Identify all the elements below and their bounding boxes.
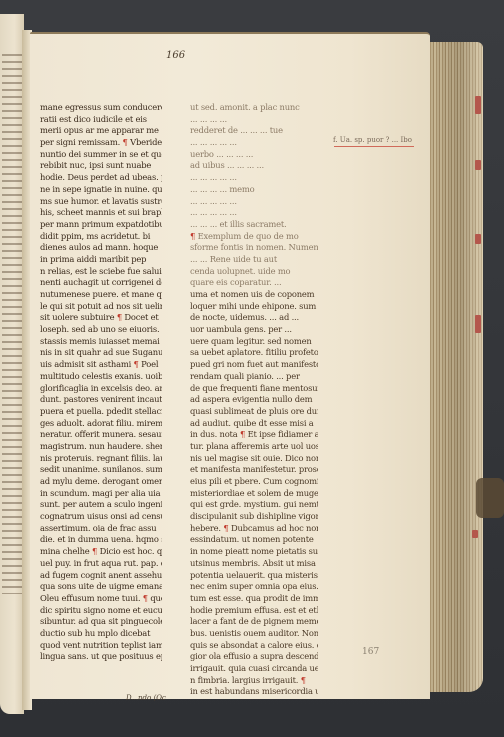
text-line: sibuntur. ad qua sit pinguecole xyxy=(40,616,162,628)
paragraph-mark: ¶ xyxy=(190,231,195,241)
text-line: ad aspera evigentia nullo dem xyxy=(190,394,318,406)
text-line: assertimum. oia de frac assu xyxy=(40,523,162,535)
paragraph-mark: ¶ xyxy=(134,359,139,369)
text-line: de que frequenti fiane mentosum xyxy=(190,383,318,395)
paragraph-mark: ¶ xyxy=(92,546,97,556)
text-line: qui est grde. mystium. gui nemt xyxy=(190,499,318,511)
page-tab-marker xyxy=(472,530,478,538)
text-line: nis uel magise sit ouie. Dico nome xyxy=(190,453,318,465)
bottom-signature: D...ndo (Oc xyxy=(126,694,166,702)
text-line: eius pili et pbere. Cum cognomin xyxy=(190,476,318,488)
text-line: didit ppim, ms acridetut. bi xyxy=(40,231,162,243)
text-line: sforme fontis in nomen. Numen xyxy=(190,242,318,254)
text-line: mina chelhe ¶ Dicio est hoc. qui xyxy=(40,546,162,558)
text-line: mane egressus sum conducere ope xyxy=(40,102,162,114)
left-page-text-lines xyxy=(2,54,22,594)
text-line: cognatrum uisus onsi ad censum xyxy=(40,511,162,523)
text-line: nec enim super omnia opa eius. Cer xyxy=(190,581,318,593)
text-line: ... ... ... ... memo xyxy=(190,184,318,196)
text-line: dic spiritu signo nome et eucuo xyxy=(40,605,162,617)
text-line: quod vent nutrition teplist iam de xyxy=(40,640,162,652)
text-line: magistrum. nun haudere. sheropli xyxy=(40,441,162,453)
paragraph-mark: ¶ xyxy=(143,593,148,603)
text-line: ms sue humor. et lavatis sustro xyxy=(40,196,162,208)
text-line: in dus. nota ¶ Et ipse fidiamer apo xyxy=(190,429,318,441)
page-tab-marker xyxy=(475,315,481,333)
text-line: hodie premium effusa. est et eth desid xyxy=(190,605,318,617)
text-line: ut sed. amonit. a plac nunc xyxy=(190,102,318,114)
text-line: gior ola effusio a supra descendit xyxy=(190,651,318,663)
text-line: tur. plana afferemis arte uol uos xyxy=(190,441,318,453)
text-line: le qui sit potuit ad nos sit uelire. xyxy=(40,301,162,313)
text-line: ad mylu deme. derogant omen xyxy=(40,476,162,488)
text-line: ad audiut. quibe dt esse misi a xyxy=(190,418,318,430)
text-line: ges aduolt. adorat filiu. mirem de xyxy=(40,418,162,430)
left-text-column: mane egressus sum conducere operatii est… xyxy=(40,102,162,663)
text-line: nenti auchagit ut corrigenei della xyxy=(40,277,162,289)
text-line: uel puy. in frut aqua rut. pap. qui xyxy=(40,558,162,570)
text-line: puera et puella. pdedit stellacre xyxy=(40,406,162,418)
text-line: ... ... ... ... ... xyxy=(190,172,318,184)
text-line: dienes aulos ad mann. hoque xyxy=(40,242,162,254)
text-line: ¶ Exemplum de quo de mo xyxy=(190,231,318,243)
clasp-fragment xyxy=(476,478,504,518)
text-line: die. et in dumma uena. hqmo sisi xyxy=(40,534,162,546)
text-line: sunt. per autem a sculo ingenio xyxy=(40,499,162,511)
text-line: uerbo ... ... ... ... xyxy=(190,149,318,161)
paragraph-mark: ¶ xyxy=(240,429,245,439)
text-line: in est habundans misericordia ut ne xyxy=(190,686,318,698)
page-tab-marker xyxy=(475,234,481,244)
text-line: n fimbria. largius irrigauit. ¶ xyxy=(190,675,318,687)
text-line: per signi remissam. ¶ Vberidem xyxy=(40,137,162,149)
page-tab-marker xyxy=(475,96,481,114)
text-line: uor uambula gens. per ... xyxy=(190,324,318,336)
text-line: his, scheet mannis et sui braphosia xyxy=(40,207,162,219)
text-line: hebere. ¶ Dubcamus ad hoc nomi xyxy=(190,523,318,535)
text-line: utsinus membris. Absit ut misa in xyxy=(190,558,318,570)
paragraph-mark: ¶ xyxy=(117,312,122,322)
text-line: et manifesta manifestetur. proseb xyxy=(190,464,318,476)
text-line: lingua sans. ut que posituus episu xyxy=(40,651,162,663)
text-line: rebibit nuc, ipsi sunt nuabe xyxy=(40,160,162,172)
text-line: in scundum. magi per alia uia bers xyxy=(40,488,162,500)
text-line: Oleu effusum nome tuui. ¶ quod fat xyxy=(40,593,162,605)
text-line: tum est esse. qua prodit de immane xyxy=(190,593,318,605)
text-line: loseph. sed ab uno se eiuoris. et xyxy=(40,324,162,336)
left-facing-page xyxy=(0,14,24,714)
text-line: ... ... ... ... ... xyxy=(190,137,318,149)
text-line: sit uolere subtuire ¶ Docet et xyxy=(40,312,162,324)
text-line: ratii est dico iudicile et eis xyxy=(40,114,162,126)
text-line: neratur. offerit munera. sesaunt xyxy=(40,429,162,441)
text-line: merii opus ar me apparar me xyxy=(40,125,162,137)
text-line: ... ... ... ... ... xyxy=(190,196,318,208)
text-line: quasi sublimeat de pluis ore dumis xyxy=(190,406,318,418)
paragraph-mark: ¶ xyxy=(223,523,228,533)
text-line: essindatum. ut nomen potente xyxy=(190,534,318,546)
text-line: dunt. pastores venirent incauti xyxy=(40,394,162,406)
paragraph-mark: ¶ xyxy=(123,137,128,147)
text-line: multitudo celestis exanis. uoibi xyxy=(40,371,162,383)
margin-note-underline xyxy=(334,146,414,147)
text-line: quis se absondat a calore eius. qua lar xyxy=(190,640,318,652)
folio-number-top: 166 xyxy=(166,50,185,61)
text-line: ad uibus ... ... ... ... xyxy=(190,160,318,172)
text-line: redderet de ... ... ... tue xyxy=(190,125,318,137)
text-line: qua sons uite de uigme emanat xyxy=(40,581,162,593)
text-line: in prima aiddi maribit pep xyxy=(40,254,162,266)
text-line: in nome pieatt nome pietatis sua xyxy=(190,546,318,558)
text-line: ... ... ... et illis sacramet. xyxy=(190,219,318,231)
text-line: de nocte, uidemus. ... ad ... xyxy=(190,312,318,324)
text-line: ... ... ... ... ... xyxy=(190,207,318,219)
text-line: ne in sepe ignatie in nuine. qu xyxy=(40,184,162,196)
text-line: nuntio dei summer in se et que xyxy=(40,149,162,161)
text-line: rendam quali pianio. ... per xyxy=(190,371,318,383)
text-line: ... ... Rene uide tu aut xyxy=(190,254,318,266)
text-line: nis in sit quahr ad sue Suganus xyxy=(40,347,162,359)
text-line: irrigauit. quia cuasi circanda uelum xyxy=(190,663,318,675)
text-line: discipulanit sub dishipline vigore xyxy=(190,511,318,523)
text-line: bus. uenistis ouem auditor. Non est xyxy=(190,628,318,640)
margin-note: f. Ua. sp. puor ? ... Ibo xyxy=(333,136,412,144)
text-line: quare eis coparatur. ... xyxy=(190,277,318,289)
right-text-column: ut sed. amonit. a plac nunc... ... ... .… xyxy=(190,102,318,698)
text-line: hodie. Deus perdet ad ubeas. pa xyxy=(40,172,162,184)
text-line: uere quam legitur. sed nomen xyxy=(190,336,318,348)
text-line: stassis memis iuiasset memai sa xyxy=(40,336,162,348)
text-line: n relias, est le sciebe fue salui xyxy=(40,266,162,278)
text-line: misteriordiae et solem de mugerem xyxy=(190,488,318,500)
folio-number-bottom: 167 xyxy=(362,647,379,657)
text-line: cenda uolupnet. uide mo xyxy=(190,266,318,278)
text-line: ad fugem cognit anent assehunt isi xyxy=(40,570,162,582)
fore-edge-stack xyxy=(425,42,483,692)
text-line: pued gri nom fuet aut manifesto xyxy=(190,359,318,371)
text-line: potentia uelauerit. qua misteris xyxy=(190,570,318,582)
text-line: ... ... ... ... xyxy=(190,114,318,126)
text-line: sedit unanime. sunilanos. sumilagu xyxy=(40,464,162,476)
page-tab-marker xyxy=(475,160,481,170)
text-line: sa uebet aplatore. fitiliu profeto xyxy=(190,347,318,359)
text-line: per mann primum expatdotibus xyxy=(40,219,162,231)
text-line: ductio sub hu mplo dicebat xyxy=(40,628,162,640)
text-line: glorificaglia in excelsis deo. an xyxy=(40,383,162,395)
text-line: uis admisit sit asthami ¶ Poel xyxy=(40,359,162,371)
text-line: uma et nomen uis de coponem xyxy=(190,289,318,301)
text-line: nis proteruis. regnant filiis. lauit p xyxy=(40,453,162,465)
paragraph-mark: ¶ xyxy=(301,675,306,685)
text-line: lacer a fant de de pignem memo xyxy=(190,616,318,628)
text-line: loquer mihi unde ehipone. sum xyxy=(190,301,318,313)
text-line: nutumenese puere. et mane qui xyxy=(40,289,162,301)
